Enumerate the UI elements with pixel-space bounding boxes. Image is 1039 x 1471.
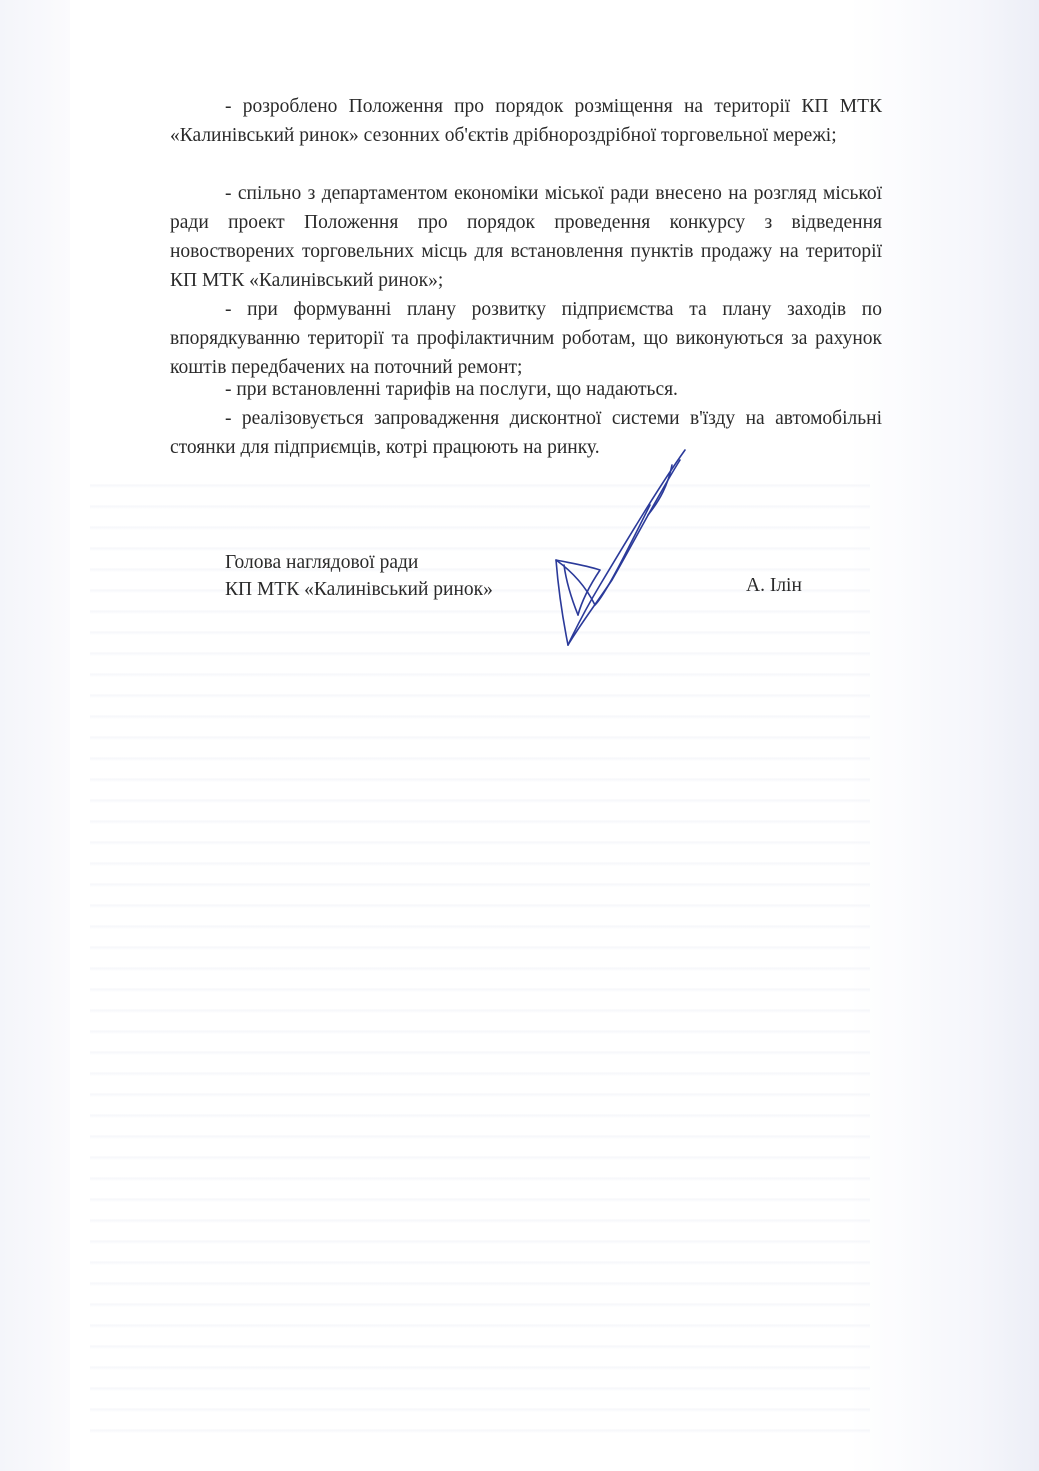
- signatory-name: А. Ілін: [746, 575, 802, 597]
- handwritten-signature-icon: [540, 445, 690, 655]
- paragraph-regulation-placement: - розроблено Положення про порядок розмі…: [170, 92, 882, 150]
- paragraph-competition-regulation: - спільно з департаментом економіки місь…: [170, 179, 882, 295]
- paragraph-text: - реалізовується запровадження дисконтно…: [170, 408, 882, 458]
- paragraph-discount-system: - реалізовується запровадження дисконтно…: [170, 404, 882, 462]
- signatory-position: Голова наглядової ради КП МТК «Калинівсь…: [225, 549, 493, 603]
- position-line-1: Голова наглядової ради: [225, 549, 493, 576]
- paragraph-tariffs: - при встановленні тарифів на послуги, щ…: [170, 375, 882, 404]
- paragraph-text: - розроблено Положення про порядок розмі…: [170, 96, 882, 146]
- paragraph-development-plan: - при формуванні плану розвитку підприєм…: [170, 295, 882, 382]
- paragraph-text: - при встановленні тарифів на послуги, щ…: [225, 379, 678, 400]
- paragraph-text: - при формуванні плану розвитку підприєм…: [170, 299, 882, 378]
- position-line-2: КП МТК «Калинівський ринок»: [225, 576, 493, 603]
- paragraph-text: - спільно з департаментом економіки місь…: [170, 183, 882, 291]
- document-page: - розроблено Положення про порядок розмі…: [0, 0, 1039, 1471]
